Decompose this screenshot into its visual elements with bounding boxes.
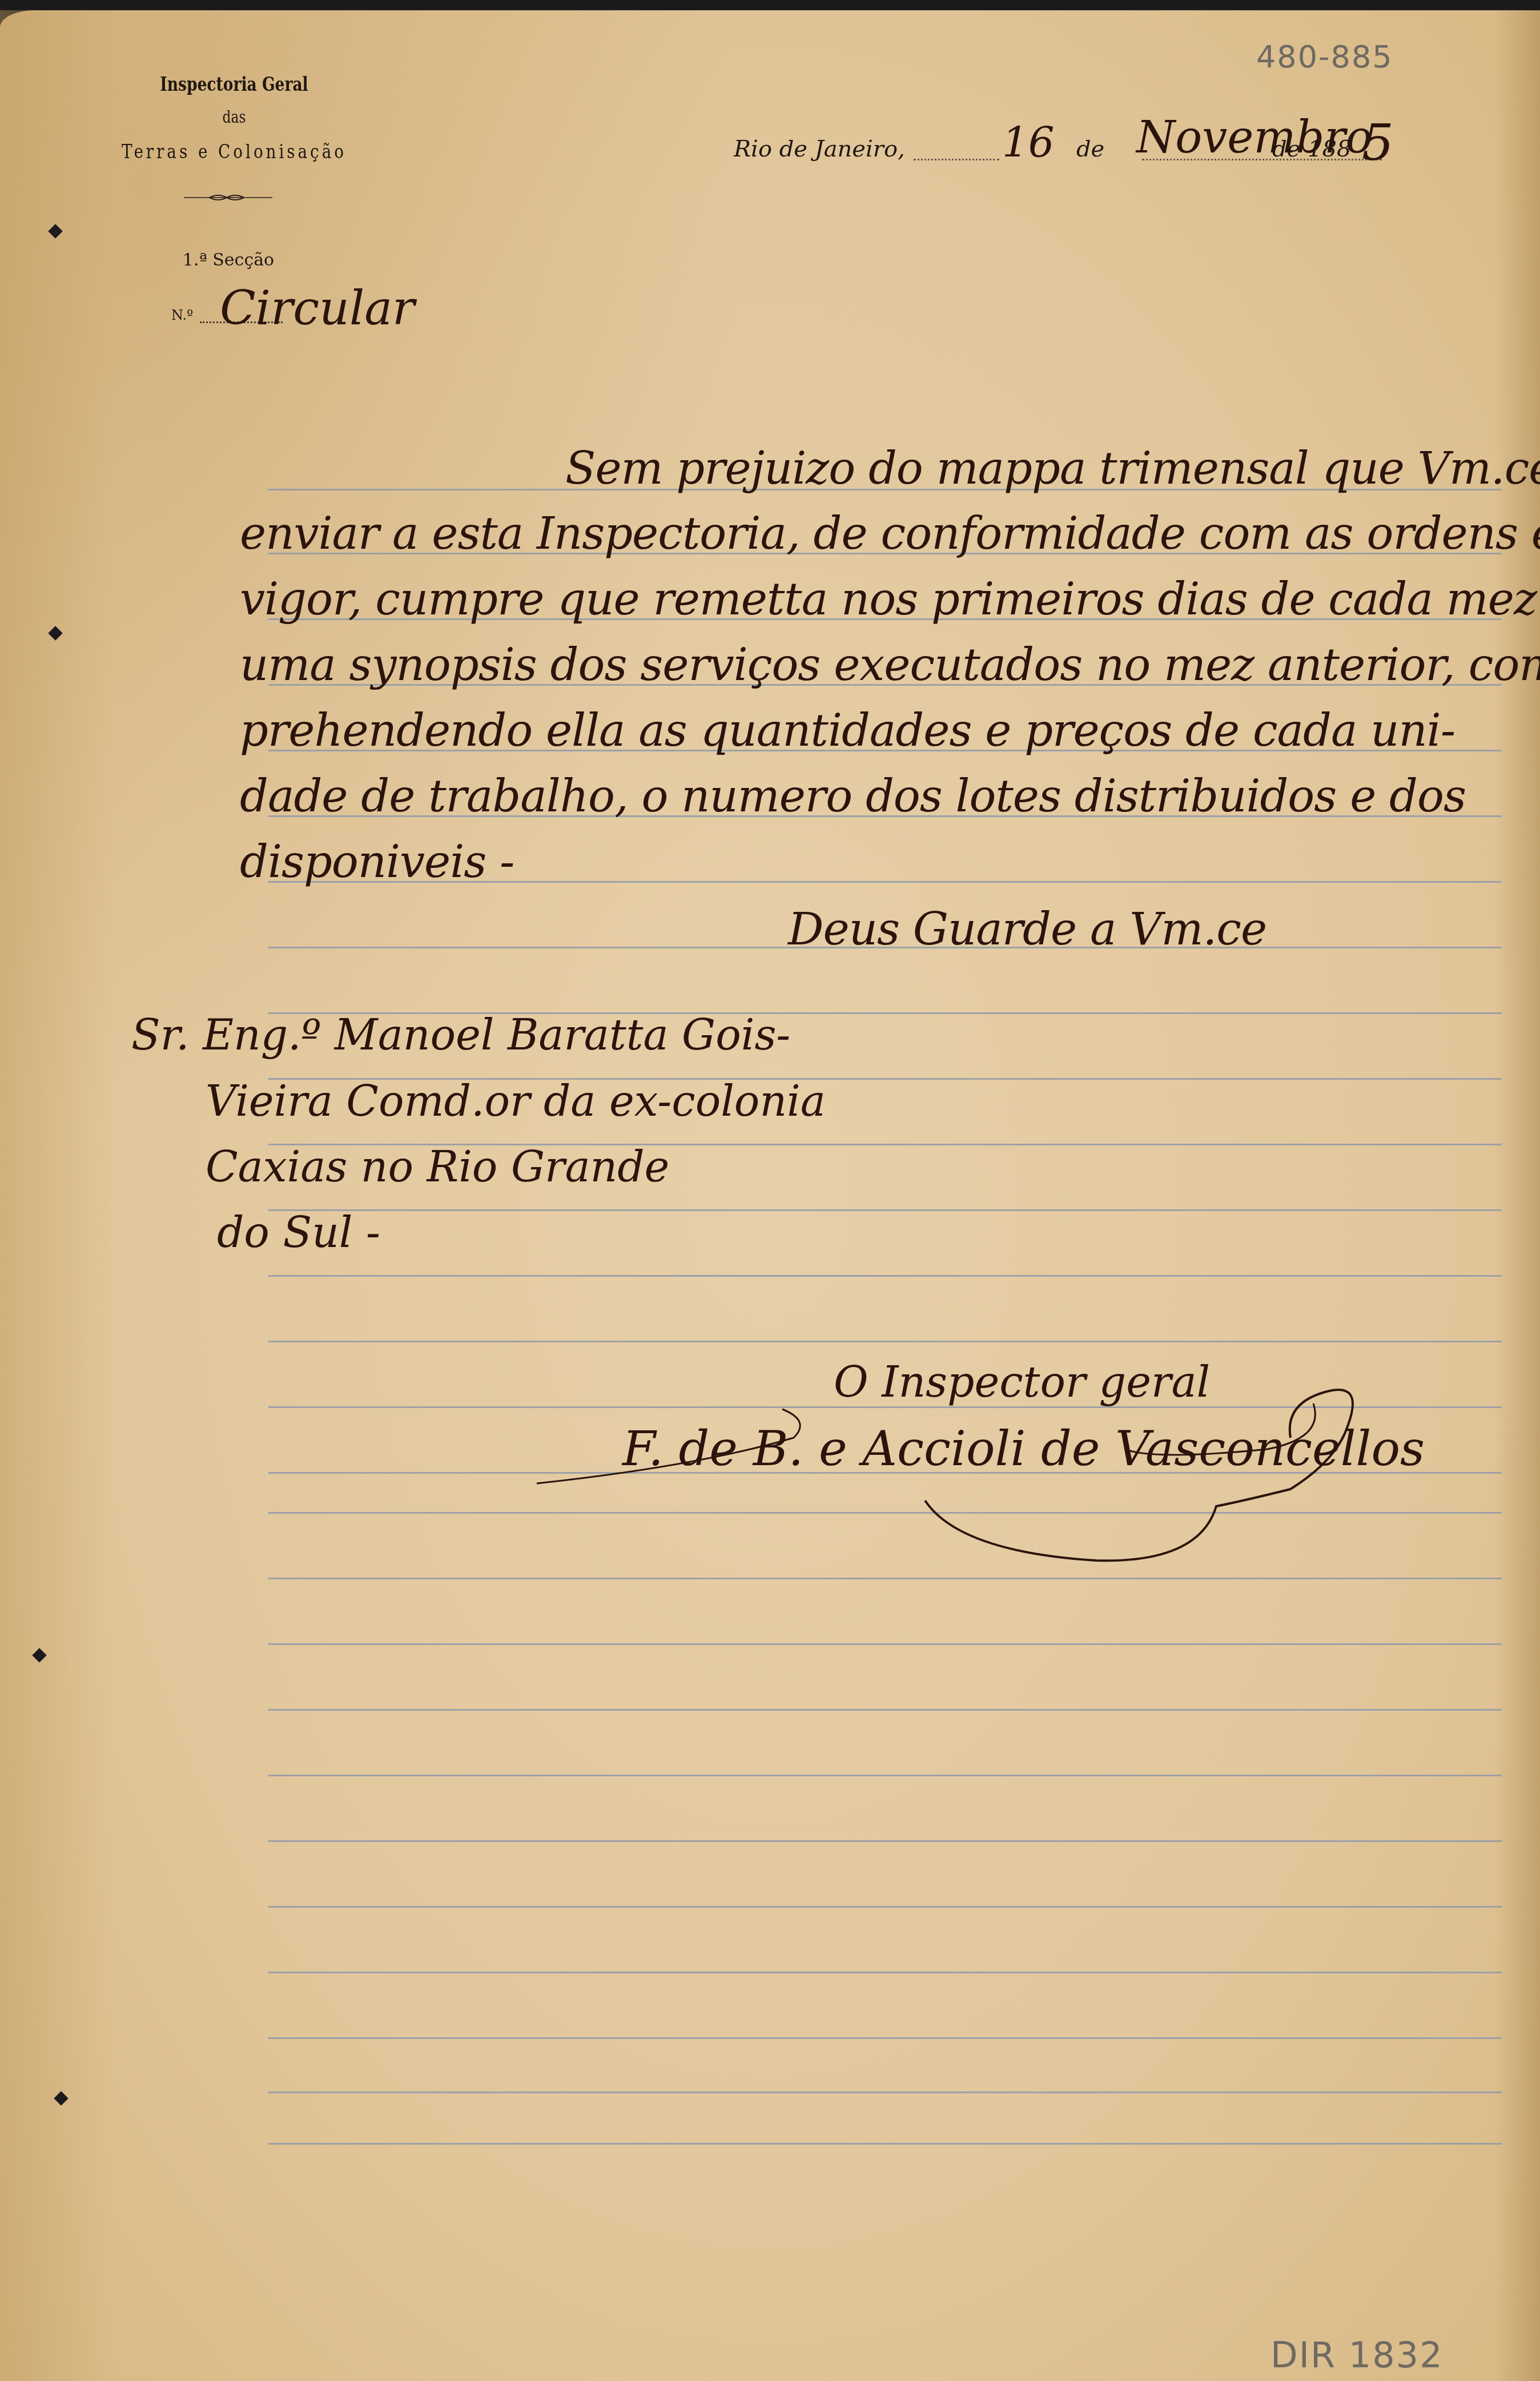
document-page: Inspectoria Geral das Terras e Colonisaç… xyxy=(0,10,1540,2381)
body-line-1: Sem prejuizo do mappa trimensal que Vm.c… xyxy=(565,443,1540,494)
body-line-7: disponiveis - xyxy=(240,836,514,888)
addressee-line-3: Caxias no Rio Grande xyxy=(206,1143,669,1192)
number-value: Circular xyxy=(220,281,415,336)
ruled-line xyxy=(268,1840,1502,1842)
archive-reference-bottom: DIR 1832 xyxy=(1270,2334,1444,2376)
dateline-dots-day xyxy=(914,159,999,160)
letterhead-line-3: Terras e Colonisação xyxy=(112,140,356,163)
body-line-5: prehendendo ella as quantidades e preços… xyxy=(240,705,1455,757)
signatory-title: O Inspector geral xyxy=(834,1358,1210,1407)
body-line-3: vigor, cumpre que remetta nos primeiros … xyxy=(240,574,1537,625)
ornament-divider-icon xyxy=(184,192,272,203)
ruled-line xyxy=(268,1643,1502,1645)
body-line-6: dade de trabalho, o numero dos lotes dis… xyxy=(240,771,1466,822)
page-edge-shading xyxy=(1494,10,1540,2381)
ruled-line xyxy=(268,1578,1502,1579)
dateline-year-digit: 5 xyxy=(1362,113,1394,172)
ruled-line xyxy=(268,1906,1502,1908)
addressee-line-4: do Sul - xyxy=(217,1208,380,1257)
ruled-line xyxy=(268,2037,1502,2039)
section-label: 1.ª Secção xyxy=(171,250,286,270)
dateline-day: 16 xyxy=(1002,119,1055,167)
dateline-year-prefix: de 188 xyxy=(1272,136,1351,162)
ruled-line xyxy=(268,1209,1502,1211)
ruled-line xyxy=(268,1341,1502,1342)
number-label: N.º xyxy=(171,307,193,323)
ruled-line xyxy=(268,1972,1502,1973)
ruled-line xyxy=(268,1775,1502,1776)
ruled-line xyxy=(268,1709,1502,1711)
addressee-line-1: Sr. Eng.º Manoel Baratta Gois- xyxy=(131,1011,790,1060)
archive-reference-top: 480-885 xyxy=(1256,39,1393,75)
signatory-name: F. de B. e Accioli de Vasconcellos xyxy=(622,1421,1425,1477)
body-line-2: enviar a esta Inspectoria, de conformida… xyxy=(240,508,1540,560)
ruled-line xyxy=(268,1275,1502,1277)
dateline-place: Rio de Janeiro, xyxy=(734,136,905,162)
letterhead-line-1: Inspectoria Geral xyxy=(140,73,328,96)
addressee-line-2: Vieira Comd.or da ex-colonia xyxy=(206,1077,826,1126)
body-line-4: uma synopsis dos serviços executados no … xyxy=(240,640,1540,691)
ruled-line xyxy=(268,2092,1502,2093)
closing-salutation: Deus Guarde a Vm.ce xyxy=(788,904,1266,955)
letterhead-line-2: das xyxy=(140,107,328,127)
page-edge-shading xyxy=(0,10,114,2381)
dateline-de: de xyxy=(1076,136,1104,162)
ruled-line xyxy=(268,2143,1502,2145)
